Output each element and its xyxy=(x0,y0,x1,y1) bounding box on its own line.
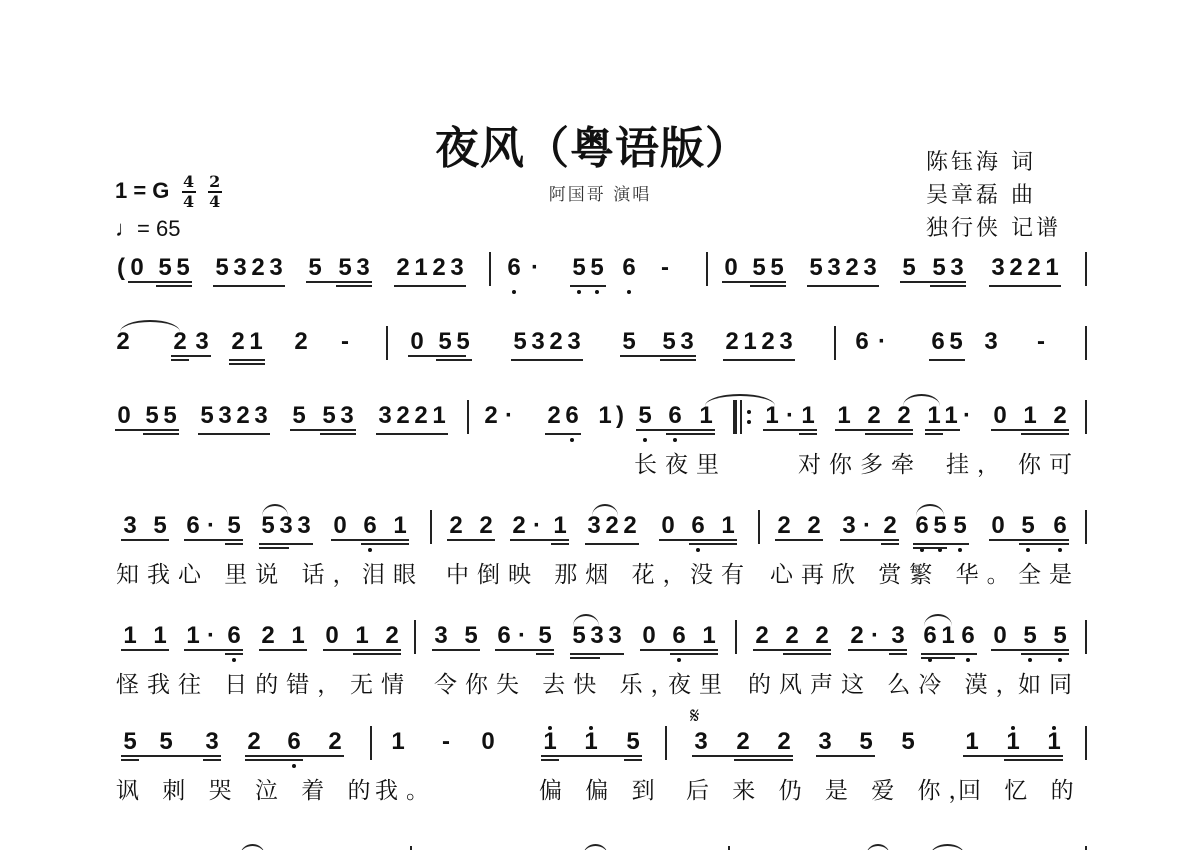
note: 2 xyxy=(1051,402,1069,430)
note: 2 xyxy=(881,512,899,540)
rhythm-underline xyxy=(115,429,179,431)
note: 5 xyxy=(259,512,277,540)
note: 5 xyxy=(930,254,948,282)
note: - xyxy=(1032,328,1050,356)
note: 3 xyxy=(588,622,606,650)
tie-slur xyxy=(903,394,940,406)
rhythm-underline xyxy=(659,539,737,541)
repeat-dot xyxy=(747,420,751,424)
note: 1 xyxy=(963,728,981,756)
note: 1 xyxy=(835,402,853,430)
barline xyxy=(706,252,708,286)
rhythm-underline xyxy=(320,433,356,435)
note: 5 xyxy=(436,328,454,356)
note: 2 xyxy=(1007,254,1025,282)
note: 0 xyxy=(408,328,426,356)
rhythm-underline xyxy=(585,543,639,545)
rhythm-underline xyxy=(536,653,554,655)
note: 3 xyxy=(948,254,966,282)
note: 5 xyxy=(899,728,917,756)
note: 2 xyxy=(394,402,412,430)
note: 2 xyxy=(547,328,565,356)
rhythm-underline xyxy=(143,433,179,435)
barline xyxy=(1085,726,1087,760)
rhythm-underline xyxy=(689,543,737,545)
rhythm-underline xyxy=(323,649,401,651)
note: 2 xyxy=(775,728,793,756)
note: 2 xyxy=(843,254,861,282)
note: 3 xyxy=(267,254,285,282)
low-octave-dot xyxy=(696,548,700,552)
note: 5 xyxy=(306,254,324,282)
note: · xyxy=(513,622,531,650)
note: 3 xyxy=(692,728,710,756)
note: 2 xyxy=(805,512,823,540)
note: 2 xyxy=(865,402,883,430)
transcriber-credit: 独行侠 记谱 xyxy=(926,211,1061,242)
note: 5 xyxy=(157,728,175,756)
rhythm-underline xyxy=(734,759,793,761)
rhythm-underline xyxy=(670,653,718,655)
note: 1 xyxy=(719,512,737,540)
note: 5 xyxy=(156,254,174,282)
rhythm-underline xyxy=(376,433,448,435)
rhythm-underline xyxy=(245,759,303,761)
note: 6 xyxy=(921,622,939,650)
note: · xyxy=(781,402,799,430)
rhythm-underline xyxy=(624,759,642,761)
note: 0 xyxy=(991,622,1009,650)
note: 2 xyxy=(477,512,495,540)
lyric-text: 没有 xyxy=(690,556,752,589)
note: 1 xyxy=(184,622,202,650)
note: 3 xyxy=(678,328,696,356)
note: 2 xyxy=(545,402,563,430)
low-octave-dot xyxy=(958,548,962,552)
lyric-text: 怪我往 日的错， xyxy=(116,666,348,699)
lyric-text: 心再欣 赏繁 华。 xyxy=(770,556,1018,589)
lyric-text: 全是 xyxy=(1018,556,1080,589)
note: 6 xyxy=(689,512,707,540)
note: 5 xyxy=(931,512,949,540)
note: 6 xyxy=(563,402,581,430)
rhythm-underline xyxy=(775,539,823,541)
note: 5 xyxy=(454,328,472,356)
note: 2 xyxy=(895,402,913,430)
note: 3 xyxy=(565,328,583,356)
rhythm-underline xyxy=(799,433,817,435)
rhythm-underline xyxy=(929,359,965,361)
note: 2 xyxy=(775,512,793,540)
rhythm-underline xyxy=(432,649,480,651)
rhythm-underline xyxy=(930,285,966,287)
note: 5 xyxy=(462,622,480,650)
rhythm-underline xyxy=(259,543,313,545)
note: 5 xyxy=(624,728,642,756)
rhythm-underline xyxy=(816,755,875,757)
lyric-text: 你可 xyxy=(1018,446,1080,479)
barline xyxy=(370,726,372,760)
tie-slur xyxy=(924,614,952,626)
note: 1 xyxy=(1004,728,1022,756)
lyric-text: 的风声这 么冷 漠， xyxy=(748,666,1027,699)
note: · xyxy=(500,402,518,430)
note: 2 xyxy=(245,728,263,756)
note: 5 xyxy=(951,512,969,540)
note: · xyxy=(526,254,544,282)
note: 5 xyxy=(807,254,825,282)
rhythm-underline xyxy=(171,359,189,361)
note: 2 xyxy=(234,402,252,430)
note: 3 xyxy=(825,254,843,282)
rhythm-underline xyxy=(121,755,221,757)
note: 0 xyxy=(479,728,497,756)
tie-slur xyxy=(592,504,618,516)
note: 6 xyxy=(285,728,303,756)
quarter-note-icon: ♩ xyxy=(115,216,137,241)
rhythm-underline xyxy=(1021,433,1069,435)
rhythm-underline xyxy=(835,429,913,431)
rhythm-underline xyxy=(361,543,409,545)
low-octave-dot xyxy=(292,764,296,768)
note: 5 xyxy=(588,254,606,282)
rhythm-underline xyxy=(989,539,1069,541)
lyric-text: 挂， xyxy=(946,446,1008,479)
rhythm-underline xyxy=(121,759,139,761)
note: 3 xyxy=(989,254,1007,282)
note: · xyxy=(873,328,891,356)
note: 0 xyxy=(989,512,1007,540)
barline xyxy=(665,726,667,760)
time-signature-1: 4 4 xyxy=(182,174,196,210)
note: 2 xyxy=(412,402,430,430)
low-octave-dot xyxy=(643,438,647,442)
rhythm-underline xyxy=(807,285,879,287)
note: 3 xyxy=(216,402,234,430)
high-octave-dot xyxy=(1052,726,1056,730)
note: 2 xyxy=(783,622,801,650)
rhythm-underline xyxy=(889,653,907,655)
note: · xyxy=(866,622,884,650)
note: 1 xyxy=(925,402,943,430)
barline xyxy=(489,252,491,286)
note: 0 xyxy=(331,512,349,540)
note: 6 xyxy=(670,622,688,650)
note: 6 xyxy=(913,512,931,540)
key-label: 1 = G xyxy=(115,178,169,203)
rhythm-underline xyxy=(171,355,211,357)
note: 3 xyxy=(354,254,372,282)
note: 5 xyxy=(121,728,139,756)
note: 5 xyxy=(213,254,231,282)
rhythm-underline xyxy=(121,539,169,541)
rhythm-underline xyxy=(394,285,466,287)
rhythm-underline xyxy=(229,363,265,365)
lyric-text: 泪眼 xyxy=(362,556,424,589)
low-octave-dot xyxy=(368,548,372,552)
rhythm-underline xyxy=(541,759,559,761)
note: 0 xyxy=(991,402,1009,430)
lyric-text: 长夜里 xyxy=(634,446,727,479)
rhythm-underline xyxy=(723,359,795,361)
lyric-text: 回 忆 的 xyxy=(958,772,1082,805)
rhythm-underline xyxy=(336,285,372,287)
note: 1 xyxy=(391,512,409,540)
barline xyxy=(467,400,469,434)
note: 5 xyxy=(290,402,308,430)
note: · xyxy=(858,512,876,540)
note: 0 xyxy=(640,622,658,650)
note: 6 xyxy=(505,254,523,282)
rhythm-underline xyxy=(921,657,955,659)
note: 5 xyxy=(768,254,786,282)
note: 1 xyxy=(430,402,448,430)
note: 1 xyxy=(939,622,957,650)
barline xyxy=(430,510,432,544)
time-signature-2: 2 4 xyxy=(208,174,222,210)
note: 2 xyxy=(621,512,639,540)
low-octave-dot xyxy=(627,290,631,294)
note: 1 xyxy=(700,622,718,650)
high-octave-dot xyxy=(548,726,552,730)
low-octave-dot xyxy=(570,438,574,442)
rhythm-underline xyxy=(991,429,1069,431)
rhythm-underline xyxy=(541,755,642,757)
rhythm-underline xyxy=(570,285,606,287)
rhythm-underline xyxy=(225,543,243,545)
note: 5 xyxy=(857,728,875,756)
note: 2 xyxy=(383,622,401,650)
tempo-value: = 65 xyxy=(137,216,180,241)
note: 2 xyxy=(292,328,310,356)
note: 3 xyxy=(529,328,547,356)
note: 2 xyxy=(1025,254,1043,282)
note: 3 xyxy=(121,512,139,540)
note: 5 xyxy=(750,254,768,282)
note: 6 xyxy=(666,402,684,430)
rhythm-underline xyxy=(636,429,715,431)
note: 5 xyxy=(174,254,192,282)
note: 2 xyxy=(753,622,771,650)
note: · xyxy=(202,622,220,650)
lyric-text: 中倒映 那烟 花， xyxy=(446,556,694,589)
note: 5 xyxy=(620,328,638,356)
note: 3 xyxy=(193,328,211,356)
note: 2 xyxy=(171,328,189,356)
rhythm-underline xyxy=(495,649,554,651)
barline xyxy=(1085,252,1087,286)
rhythm-underline xyxy=(203,759,221,761)
note: 3 xyxy=(606,622,624,650)
note: 1 xyxy=(121,622,139,650)
lyric-text: 夜里 xyxy=(668,666,730,699)
tie-slur xyxy=(916,504,944,516)
rhythm-underline xyxy=(408,355,466,357)
rhythm-underline xyxy=(865,433,913,435)
tempo-marking: ♩= 65 xyxy=(115,216,180,242)
note: 5 xyxy=(1051,622,1069,650)
rhythm-underline xyxy=(692,755,793,757)
rhythm-underline xyxy=(660,359,696,361)
note: 2 xyxy=(510,512,528,540)
barline xyxy=(1085,620,1087,654)
note: - xyxy=(437,728,455,756)
note: 2 xyxy=(723,328,741,356)
note: 1 xyxy=(412,254,430,282)
note: 5 xyxy=(151,512,169,540)
note: · xyxy=(202,512,220,540)
note: 6 xyxy=(495,622,513,650)
note: · xyxy=(528,512,546,540)
rhythm-underline xyxy=(913,547,947,549)
rhythm-underline xyxy=(1019,543,1069,545)
rhythm-underline xyxy=(620,355,696,357)
rhythm-underline xyxy=(921,653,977,655)
note: 2 xyxy=(734,728,752,756)
rhythm-underline xyxy=(156,285,192,287)
rhythm-underline xyxy=(900,281,966,283)
rhythm-underline xyxy=(666,433,715,435)
barline xyxy=(834,326,836,360)
note: 5 xyxy=(1021,622,1039,650)
rhythm-underline xyxy=(722,281,786,283)
barline xyxy=(410,846,412,850)
rhythm-underline xyxy=(545,433,581,435)
rhythm-underline xyxy=(750,285,786,287)
note: 2 xyxy=(430,254,448,282)
segno-icon: 𝄋 xyxy=(690,704,699,729)
note: 2 xyxy=(447,512,465,540)
rhythm-underline xyxy=(511,359,583,361)
note: 5 xyxy=(143,402,161,430)
rhythm-underline xyxy=(551,543,569,545)
low-octave-dot xyxy=(966,658,970,662)
note: 6 xyxy=(184,512,202,540)
note: 3 xyxy=(816,728,834,756)
note: 1 xyxy=(551,512,569,540)
barline xyxy=(1085,400,1087,434)
note: 5 xyxy=(900,254,918,282)
rhythm-underline xyxy=(245,755,344,757)
note: 2 xyxy=(326,728,344,756)
note: 3 xyxy=(376,402,394,430)
note: 2 xyxy=(813,622,831,650)
low-octave-dot xyxy=(1026,548,1030,552)
note: 6 xyxy=(929,328,947,356)
note: 3 xyxy=(338,402,356,430)
rhythm-underline xyxy=(259,649,307,651)
note: - xyxy=(656,254,674,282)
note: 1 xyxy=(697,402,715,430)
rhythm-underline xyxy=(989,285,1061,287)
note: 2 xyxy=(114,328,132,356)
note: 3 xyxy=(777,328,795,356)
lyric-text: 对你多牵 xyxy=(798,446,922,479)
note: 2 xyxy=(259,622,277,650)
rhythm-underline xyxy=(1004,759,1063,761)
lyric-text: 知我心 里说 话， xyxy=(116,556,364,589)
rhythm-underline xyxy=(570,657,600,659)
barline xyxy=(1085,846,1087,850)
lyric-text: 令你失 去快 乐， xyxy=(434,666,682,699)
low-octave-dot xyxy=(673,438,677,442)
note: 5 xyxy=(536,622,554,650)
low-octave-dot xyxy=(577,290,581,294)
note: 0 xyxy=(323,622,341,650)
rhythm-underline xyxy=(753,649,831,651)
rhythm-underline xyxy=(840,539,899,541)
rhythm-underline xyxy=(225,653,243,655)
tie-slur xyxy=(120,320,180,332)
lyric-text: 后 来 仍 是 爱 你， xyxy=(686,772,980,805)
lyric-text: 如同 xyxy=(1018,666,1080,699)
note: 6 xyxy=(361,512,379,540)
note: 1 xyxy=(799,402,817,430)
rhythm-underline xyxy=(290,429,356,431)
rhythm-underline xyxy=(198,433,270,435)
note: 3 xyxy=(277,512,295,540)
low-octave-dot xyxy=(677,658,681,662)
note: 5 xyxy=(636,402,654,430)
note: 5 xyxy=(570,254,588,282)
note: 0 xyxy=(722,254,740,282)
note: 2 xyxy=(603,512,621,540)
lyric-text: 我。 xyxy=(375,772,437,805)
low-octave-dot xyxy=(512,290,516,294)
note: 3 xyxy=(295,512,313,540)
note: 6 xyxy=(620,254,638,282)
barline xyxy=(386,326,388,360)
high-octave-dot xyxy=(1011,726,1015,730)
rhythm-underline xyxy=(121,649,169,651)
note: 5 xyxy=(660,328,678,356)
barline xyxy=(728,846,730,850)
rhythm-underline xyxy=(259,547,289,549)
lyric-text: 偏 偏 到 xyxy=(539,772,663,805)
note: 2 xyxy=(482,402,500,430)
note: 3 xyxy=(252,402,270,430)
rhythm-underline xyxy=(128,281,192,283)
barline xyxy=(414,620,416,654)
high-octave-dot xyxy=(589,726,593,730)
barline xyxy=(735,620,737,654)
note: · xyxy=(958,402,976,430)
repeat-dot xyxy=(747,410,751,414)
note: 5 xyxy=(336,254,354,282)
note: 0 xyxy=(128,254,146,282)
note: 3 xyxy=(889,622,907,650)
rhythm-underline xyxy=(963,755,1063,757)
note: 1 xyxy=(763,402,781,430)
note: 1 xyxy=(741,328,759,356)
note: 5 xyxy=(320,402,338,430)
note: 6 xyxy=(959,622,977,650)
note: 5 xyxy=(570,622,588,650)
rhythm-underline xyxy=(510,539,569,541)
low-octave-dot xyxy=(595,290,599,294)
note: 1 xyxy=(541,728,559,756)
rhythm-underline xyxy=(783,653,831,655)
lyricist-credit: 陈钰海 词 xyxy=(926,145,1036,176)
rhythm-underline xyxy=(848,649,907,651)
note: 2 xyxy=(848,622,866,650)
rhythm-underline xyxy=(184,649,243,651)
low-octave-dot xyxy=(232,658,236,662)
note: 1 xyxy=(353,622,371,650)
rhythm-underline xyxy=(213,285,285,287)
rhythm-underline xyxy=(353,653,401,655)
note: 3 xyxy=(432,622,450,650)
